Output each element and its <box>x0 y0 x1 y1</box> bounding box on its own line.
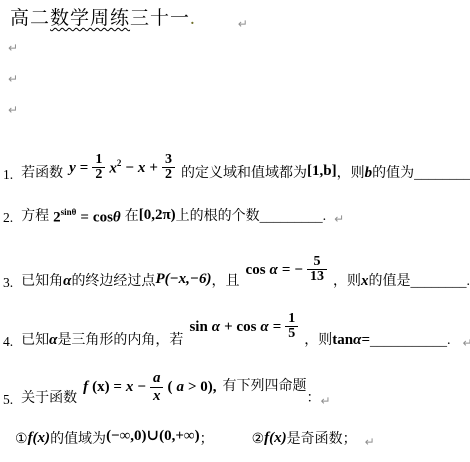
fraction-denominator: 2 <box>92 167 105 183</box>
title-row: 高二数学周练三十一. ↵ <box>10 8 248 31</box>
math-token: α <box>212 319 220 336</box>
set-token: (−∞,0)∪(0,+∞) <box>106 428 200 445</box>
statement-1-text: 的值域为 <box>50 431 106 449</box>
math-token: = <box>80 209 89 225</box>
question-4-text: 是三角形的内角，若 <box>57 332 183 350</box>
fraction-numerator: 3 <box>162 153 175 168</box>
question-5-formula: f (x) = x − ax ( a > 0), <box>81 370 218 404</box>
worksheet-page: 高二数学周练三十一. ↵ ↵ ↵ ↵ 1. 若函数 y = 12 x2 − x … <box>0 0 470 462</box>
title-part3: 三十一 <box>130 8 190 29</box>
paragraph-mark-icon: ↵ <box>365 435 375 449</box>
question-2-text: . <box>323 208 327 226</box>
answer-blank: ________ <box>410 275 466 291</box>
math-token: f <box>83 379 88 396</box>
answer-blank: _________ <box>260 210 323 226</box>
fraction-denominator: 13 <box>307 269 327 285</box>
math-token: α <box>260 319 268 336</box>
question-4-text: 已知 <box>21 332 49 350</box>
question-1-text: 若函数 <box>21 165 63 183</box>
math-token: = <box>80 160 89 177</box>
paragraph-mark-icon: ↵ <box>8 41 18 55</box>
question-3: 3. 已知角 α 的终边经过点 P(−x,−6) ，且 cos α = − 51… <box>3 255 470 291</box>
math-exponent: sinθ <box>61 207 77 217</box>
fraction-numerator: 1 <box>92 153 105 168</box>
fraction: 513 <box>307 255 327 285</box>
math-token: f(x) <box>28 430 51 447</box>
math-token: = <box>361 332 370 349</box>
math-token: = <box>282 262 291 279</box>
title-period: . <box>190 8 196 29</box>
paragraph-mark-icon: ↵ <box>321 394 331 408</box>
paragraph-mark-icon: ↵ <box>238 17 248 31</box>
statement-2-number: ② <box>252 431 265 449</box>
paragraph-mark-icon: ↵ <box>334 212 344 226</box>
math-exponent: 2 <box>117 158 122 168</box>
math-token: cos <box>246 262 266 279</box>
math-token: α <box>353 332 361 349</box>
math-token: ( <box>167 379 172 396</box>
question-2-text: 在 <box>125 208 139 226</box>
interval-token: [1,b] <box>307 163 337 180</box>
math-token: (x) = <box>92 379 122 396</box>
math-token: + cos <box>224 319 256 336</box>
fraction: 15 <box>285 312 298 342</box>
math-token: x <box>109 160 117 176</box>
question-1-text: 的定义域和值域都为 <box>181 165 307 183</box>
question-1: 1. 若函数 y = 12 x2 − x + 32 的定义域和值域都为 [1,b… <box>3 153 470 183</box>
math-token: tan <box>332 332 353 349</box>
math-token: − <box>125 160 134 177</box>
fraction-denominator: x <box>150 387 164 405</box>
question-2: 2. 方程 2sinθ = cosθ 在 [0,2π) 上的根的个数 _____… <box>3 207 344 227</box>
statements-line: ① f(x) 的值域为 (−∞,0)∪(0,+∞) ； ② f(x) 是奇函数；… <box>15 428 375 450</box>
question-4-formula: sin α + cos α = 15 <box>187 312 300 342</box>
title-part1: 高二 <box>10 8 50 29</box>
math-token: > 0), <box>188 379 217 396</box>
question-1-text: 的值为 <box>372 165 414 183</box>
paragraph-mark-icon: ↵ <box>8 103 18 117</box>
answer-blank: ___________ <box>414 167 470 183</box>
statement-1-end: ； <box>200 431 214 449</box>
question-2-text: 方程 <box>21 208 49 226</box>
question-3-text: 的终边经过点 <box>71 273 155 291</box>
math-power: x2 <box>109 158 121 177</box>
fraction-numerator: a <box>150 370 164 387</box>
title-part2-wavy-underline: 数学周练 <box>50 8 130 29</box>
math-token: θ <box>113 209 121 225</box>
question-3-text: ，则 <box>333 273 361 291</box>
math-token: + <box>149 160 158 177</box>
question-2-number: 2. <box>3 210 13 226</box>
question-1-number: 1. <box>3 167 13 183</box>
math-token: = <box>273 319 282 336</box>
paragraph-mark-icon: ↵ <box>8 72 18 86</box>
question-5-number: 5. <box>3 392 13 408</box>
math-token: − <box>294 262 303 279</box>
math-token: y <box>69 160 76 177</box>
point-token: P(−x,−6) <box>155 271 211 288</box>
fraction: ax <box>150 370 164 404</box>
fraction-numerator: 5 <box>310 255 323 270</box>
math-token: sin <box>189 319 207 336</box>
question-3-formula: cos α = − 513 <box>244 255 329 285</box>
question-5-text: 关于函数 <box>21 390 77 408</box>
math-token: α <box>270 262 278 279</box>
question-2-formula: 2sinθ = cosθ <box>53 207 121 226</box>
math-token: x <box>138 160 146 177</box>
fraction-denominator: 2 <box>162 167 175 183</box>
question-5-text: 有下列四命题 <box>223 378 307 396</box>
math-token: b <box>365 165 373 182</box>
statement-1-number: ① <box>15 431 28 449</box>
paragraph-mark-icon: ↵ <box>463 336 470 350</box>
question-3-text: . <box>466 273 470 291</box>
answer-blank: ___________ <box>370 334 447 350</box>
math-token: α <box>63 273 71 290</box>
fraction-denominator: 5 <box>285 326 298 342</box>
statement-2-text: 是奇函数； <box>287 431 357 449</box>
math-token: f(x) <box>264 430 287 447</box>
question-3-text: ，且 <box>212 273 240 291</box>
math-token: a <box>176 379 184 396</box>
question-2-text: 上的根的个数 <box>176 208 260 226</box>
math-token: − <box>137 379 146 396</box>
question-5: 5. 关于函数 f (x) = x − ax ( a > 0), 有下列四命题 … <box>3 370 331 408</box>
question-4-text: . <box>447 332 451 350</box>
fraction: 32 <box>162 153 175 183</box>
fraction: 12 <box>92 153 105 183</box>
math-token: α <box>49 332 57 349</box>
fraction-numerator: 1 <box>285 312 298 327</box>
question-3-text: 已知角 <box>21 273 63 291</box>
question-3-text: 的值是 <box>368 273 410 291</box>
math-token: cos <box>93 209 113 225</box>
math-token: x <box>361 273 369 290</box>
question-5-colon: ： <box>307 390 321 408</box>
question-1-text: ，则 <box>337 165 365 183</box>
math-token: 2 <box>53 209 61 225</box>
question-4-number: 4. <box>3 334 13 350</box>
question-1-formula: y = 12 x2 − x + 32 <box>67 153 177 183</box>
interval-token: [0,2π) <box>139 207 176 224</box>
math-token: x <box>126 379 134 396</box>
question-4-text: ，则 <box>304 332 332 350</box>
page-title: 高二数学周练三十一. <box>10 8 196 31</box>
question-3-number: 3. <box>3 275 13 291</box>
question-4: 4. 已知 α 是三角形的内角，若 sin α + cos α = 15 ，则 … <box>3 312 470 350</box>
